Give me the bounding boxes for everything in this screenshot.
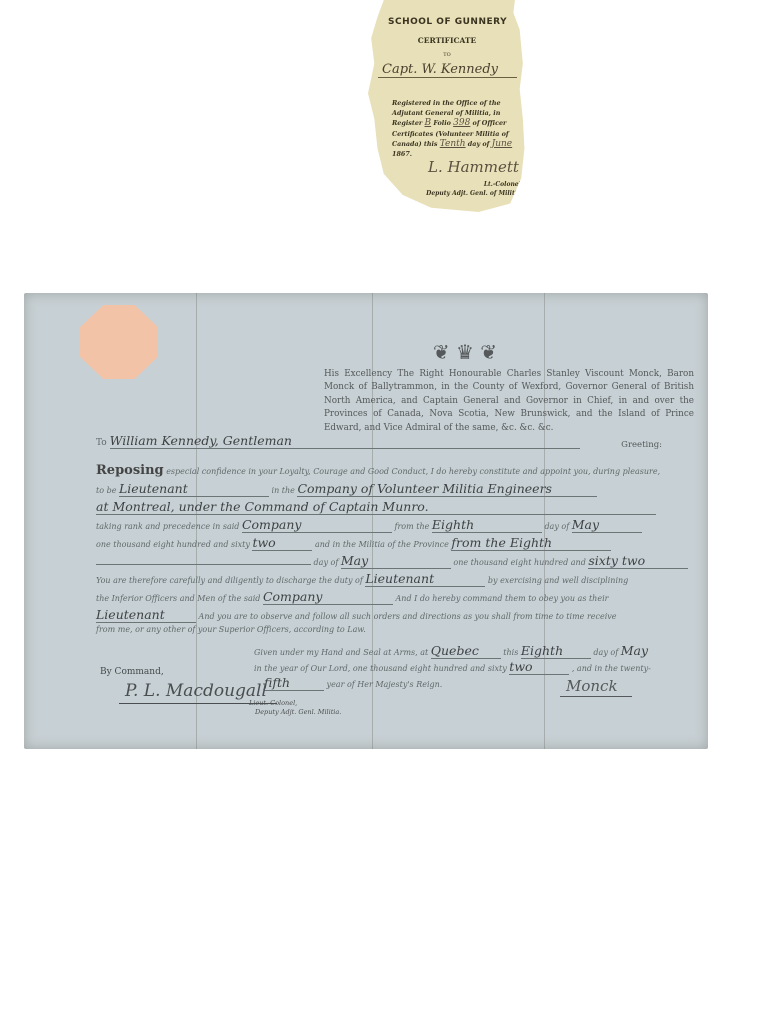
- folio-value: 398: [453, 118, 470, 128]
- rank-line: Lt.-Colonel,: [423, 180, 523, 189]
- year-of-lord-line: in the year of Our Lord, one thousand ei…: [254, 659, 768, 675]
- body-text: from the: [395, 522, 430, 531]
- body-text: taking rank and precedence in said: [96, 522, 239, 531]
- body-text: And I do hereby command them to obey you…: [396, 594, 609, 603]
- body-text: Given under my Hand and Seal at Arms, at: [254, 648, 428, 657]
- given-day: Eighth: [521, 643, 591, 659]
- wax-seal: [80, 305, 158, 379]
- body-text: in the: [272, 486, 295, 495]
- gunnery-certificate-clipping: SCHOOL OF GUNNERY CERTIFICATE TO Capt. W…: [368, 0, 526, 212]
- to-label: To: [96, 438, 107, 448]
- body-text: , and in the twenty-: [572, 664, 651, 673]
- duty-rank: Lieutenant: [365, 571, 485, 587]
- from-day-value: from the Eighth: [451, 535, 611, 551]
- rank-line: Deputy Adjt. Genl. Militia.: [249, 708, 341, 717]
- body-text: this: [503, 648, 518, 657]
- reign-line: fifth year of Her Majesty's Reign.: [264, 675, 768, 691]
- certificate-to: TO: [368, 52, 526, 58]
- given-year: two: [509, 659, 569, 675]
- body-text: especial confidence in your Loyalty, Cou…: [166, 467, 660, 476]
- body-text: And you are to observe and follow all su…: [199, 612, 617, 621]
- rank-value: Lieutenant: [119, 481, 269, 497]
- body-text: and in the Militia of the Province: [315, 540, 449, 549]
- signature-right: Monck: [560, 677, 632, 697]
- rank-line: Deputy Adjt. Genl. of Militia.: [423, 189, 523, 198]
- address-line: To William Kennedy, Gentleman: [96, 433, 676, 449]
- by-command: By Command,: [100, 667, 164, 677]
- body-text: the Inferior Officers and Men of the sai…: [96, 594, 260, 603]
- body-text: Folio: [431, 119, 453, 127]
- commission-document: ❦ ♛ ❦ His Excellency The Right Honourabl…: [24, 293, 708, 749]
- given-month: May: [621, 643, 648, 658]
- body-text: You are therefore carefully and diligent…: [96, 576, 363, 585]
- rank-left: Lieut. Colonel, Deputy Adjt. Genl. Milit…: [249, 699, 341, 717]
- body-text: by exercising and well disciplining: [488, 576, 628, 585]
- month-value: May: [572, 517, 642, 533]
- given-place: Quebec: [431, 643, 501, 659]
- day-value: Eighth: [432, 517, 542, 533]
- year-value: sixty two: [588, 553, 688, 569]
- body-text: one thousand eight hundred and: [453, 558, 585, 567]
- month-value: May: [341, 553, 451, 569]
- year-value: two: [252, 535, 312, 551]
- day-value: Tenth: [440, 139, 466, 149]
- certificate-body: Registered in the Office of the Adjutant…: [392, 98, 517, 159]
- royal-crest-icon: ❦ ♛ ❦: [384, 337, 546, 367]
- unit-location: at Montreal, under the Command of Captai…: [96, 499, 656, 515]
- body-text: day of: [466, 140, 492, 148]
- body-text: one thousand eight hundred and sixty: [96, 540, 250, 549]
- reposing-word: Reposing: [96, 463, 164, 478]
- observe-line: Lieutenant And you are to observe and fo…: [96, 607, 676, 623]
- given-line: Given under my Hand and Seal at Arms, at…: [254, 643, 768, 659]
- body-text: from me, or any other of your Superior O…: [96, 625, 366, 634]
- certificate-recipient: Capt. W. Kennedy: [378, 62, 517, 78]
- body-text: day of: [593, 648, 618, 657]
- appointment-line: to be Lieutenant in the Company of Volun…: [96, 481, 676, 497]
- certificate-rank: Lt.-Colonel, Deputy Adjt. Genl. of Milit…: [423, 180, 523, 198]
- body-text: in the year of Our Lord, one thousand ei…: [254, 664, 507, 673]
- month-value: June: [492, 139, 513, 149]
- year-line-2: day of May one thousand eight hundred an…: [96, 553, 676, 569]
- from-me-line: from me, or any other of your Superior O…: [96, 625, 676, 634]
- certificate-signature: L. Hammett: [428, 158, 519, 176]
- rank-line: Lieut. Colonel,: [249, 699, 341, 708]
- inferior-unit: Company: [263, 589, 393, 605]
- inferior-line: the Inferior Officers and Men of the sai…: [96, 589, 676, 605]
- blank-rule: [96, 564, 311, 565]
- greeting: Greeting:: [621, 440, 662, 450]
- body-text: year of Her Majesty's Reign.: [327, 680, 443, 689]
- unit-short: Company: [242, 517, 392, 533]
- recipient-name: William Kennedy, Gentleman: [110, 433, 580, 449]
- unit-location-line: at Montreal, under the Command of Captai…: [96, 499, 676, 515]
- taking-rank-line: taking rank and precedence in said Compa…: [96, 517, 676, 533]
- year-value: 1867.: [392, 150, 412, 158]
- year-line: one thousand eight hundred and sixty two…: [96, 535, 676, 551]
- body-text: day of: [314, 558, 339, 567]
- governor-title: His Excellency The Right Honourable Char…: [324, 368, 694, 435]
- certificate-title: CERTIFICATE: [368, 36, 526, 45]
- unit-value: Company of Volunteer Militia Engineers: [297, 481, 597, 497]
- their-rank: Lieutenant: [96, 607, 196, 623]
- reposing-line: Reposing especial confidence in your Loy…: [96, 463, 676, 478]
- body-text: day of: [544, 522, 569, 531]
- certificate-header: SCHOOL OF GUNNERY: [388, 17, 507, 27]
- body-text: to be: [96, 486, 116, 495]
- duty-line: You are therefore carefully and diligent…: [96, 571, 676, 587]
